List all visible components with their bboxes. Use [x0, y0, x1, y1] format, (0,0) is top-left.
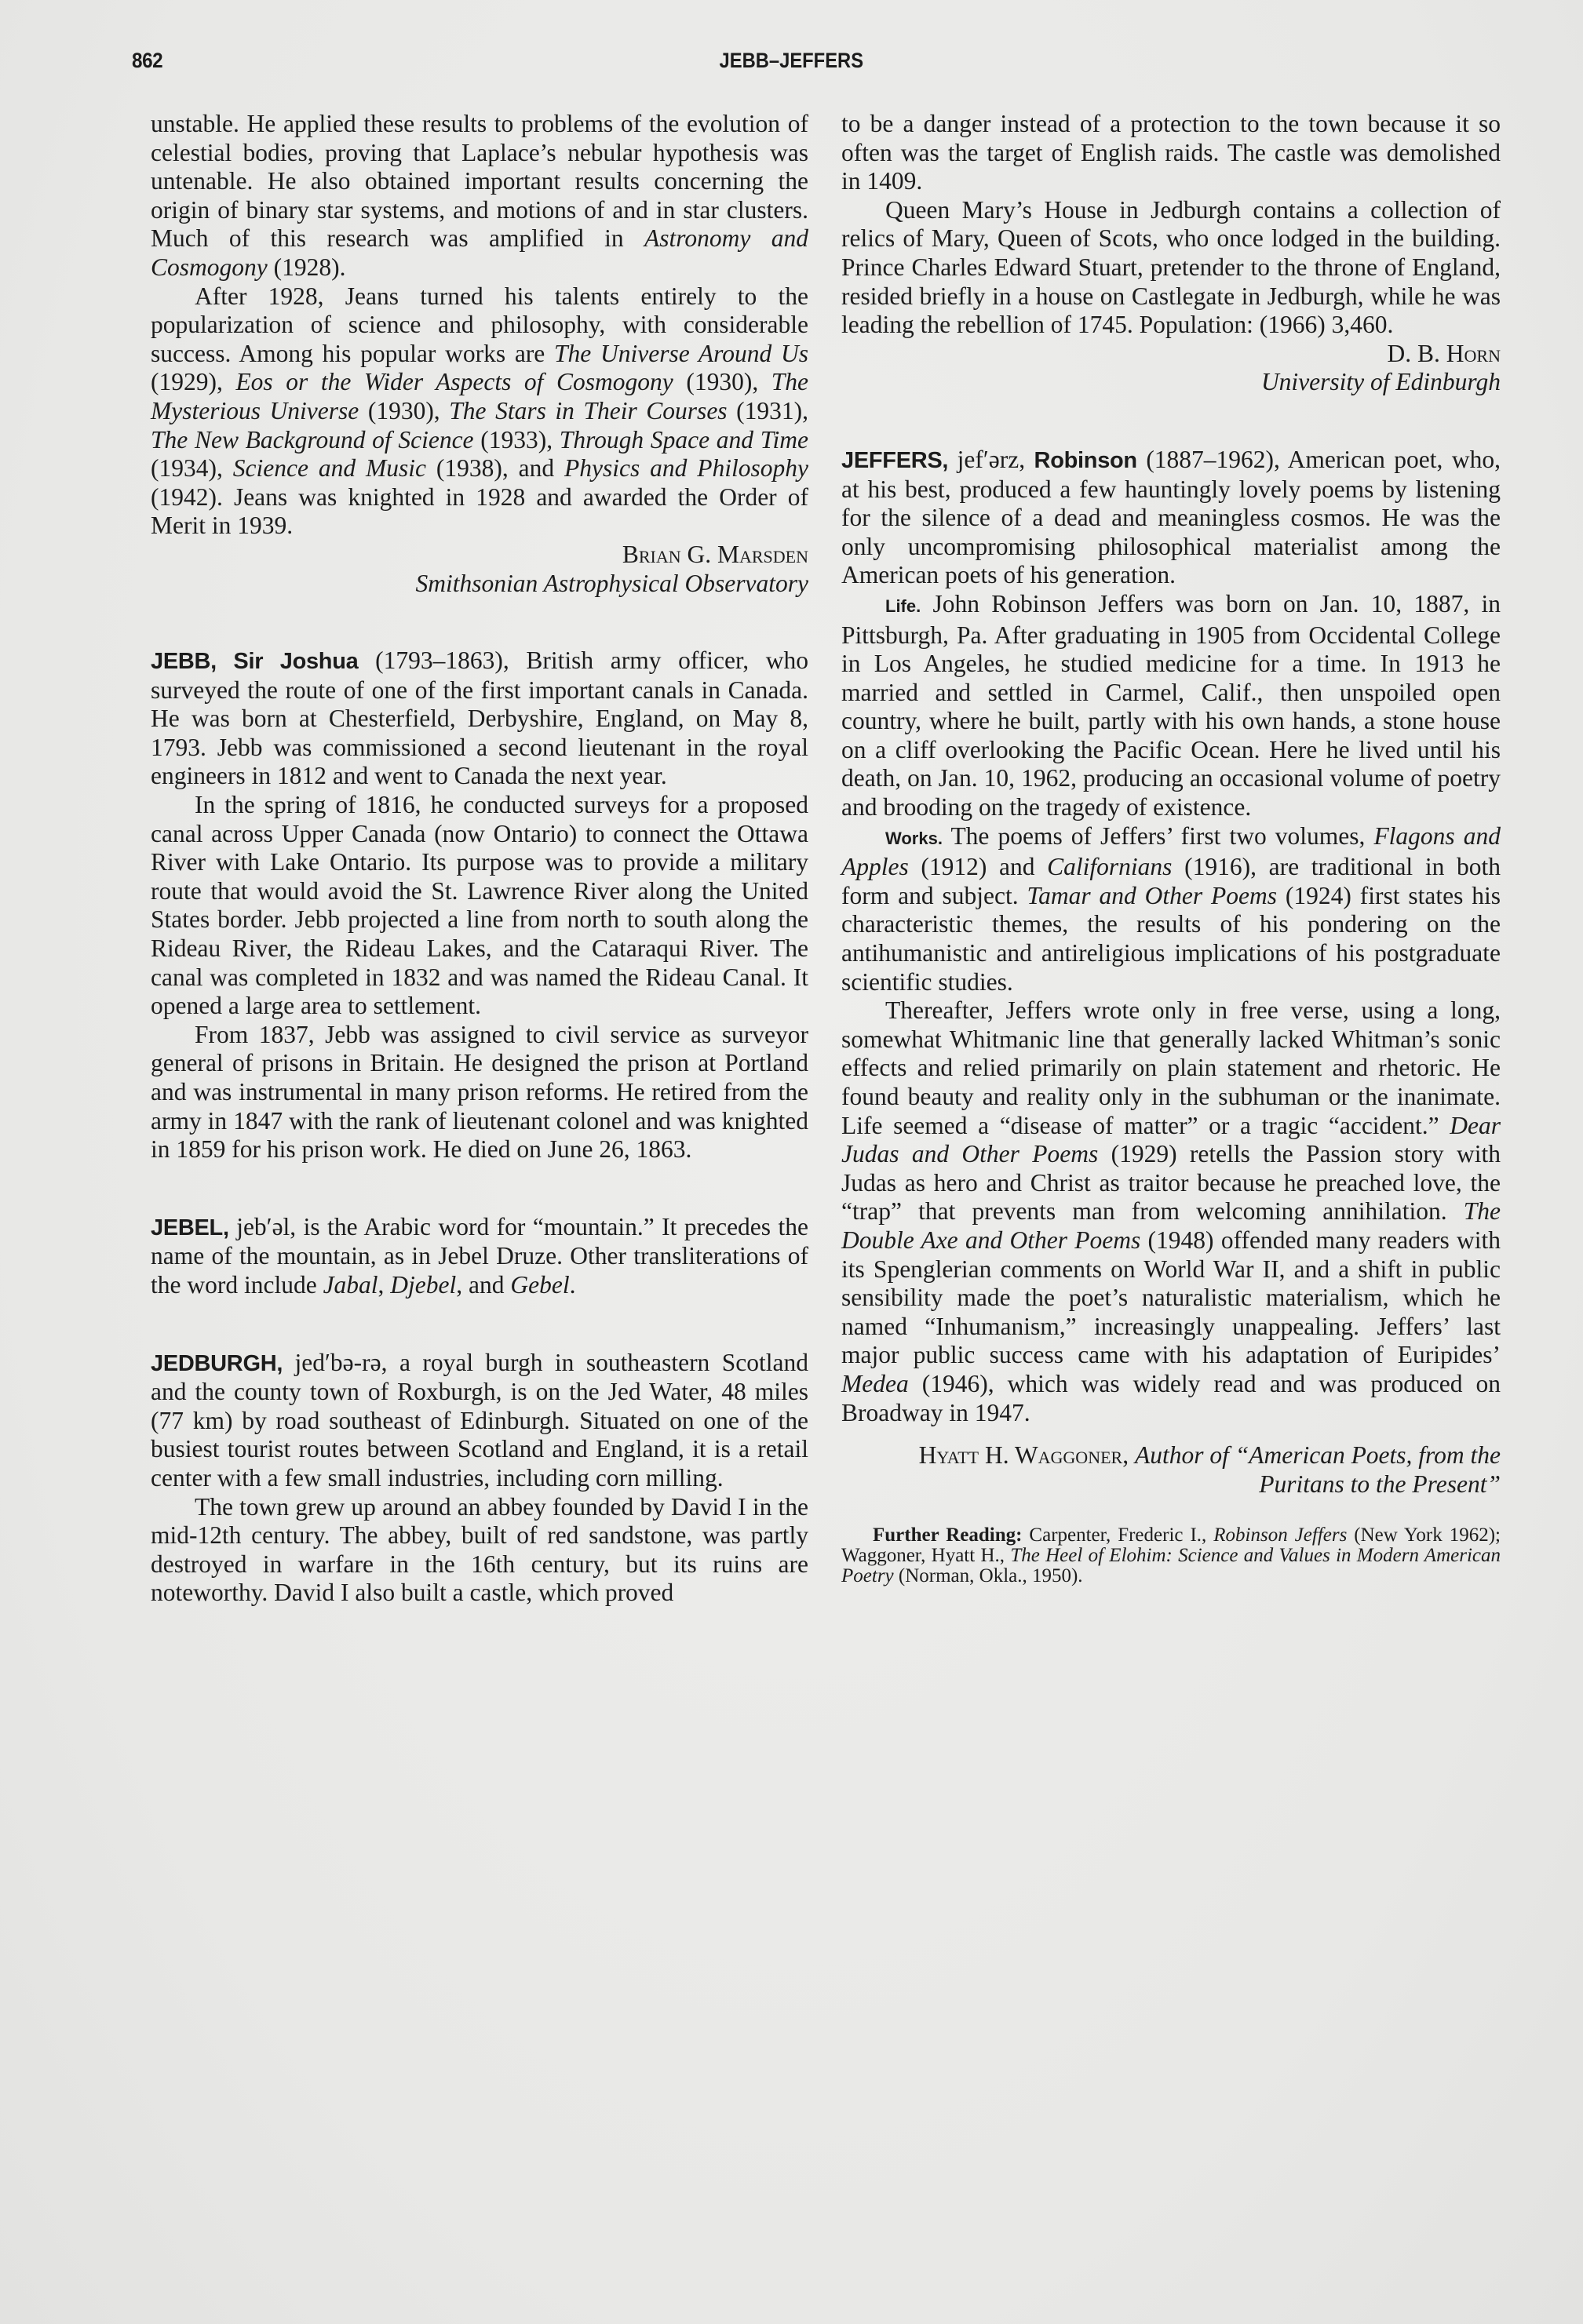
headword-name: Robinson	[1034, 448, 1137, 473]
jebb-paragraph-2: In the spring of 1816, he conducted surv…	[151, 791, 808, 1021]
headword: JEBB, Sir Joshua	[151, 649, 358, 674]
jeffers-life-section: Life. John Robinson Jeffers was born on …	[841, 590, 1501, 822]
further-reading: Further Reading: Carpenter, Frederic I.,…	[841, 1525, 1501, 1586]
author-signature: Hyatt H. Waggoner	[919, 1441, 1123, 1469]
left-column: unstable. He applied these results to pr…	[151, 110, 808, 1608]
book-title: Science and Music	[233, 454, 426, 482]
running-head-text: JEBB–JEFFERS	[720, 49, 864, 73]
jeans-works-paragraph: After 1928, Jeans turned his talents ent…	[151, 282, 808, 541]
book-title: Physics and Philosophy	[564, 454, 808, 482]
running-head: JEBB–JEFFERS	[0, 49, 1583, 73]
book-title: The Stars in Their Courses	[449, 397, 727, 424]
book-title: The New Background of Science	[151, 426, 474, 454]
headword: JEFFERS,	[841, 448, 948, 473]
jedburgh-continuation: to be a danger instead of a protection t…	[841, 110, 1501, 196]
subheading-life: Life.	[885, 596, 921, 616]
jedburgh-paragraph-2: The town grew up around an abbey founded…	[151, 1493, 808, 1608]
subheading-works: Works.	[885, 829, 943, 848]
author-affiliation: Author of “American Poets, from the Puri…	[1135, 1441, 1501, 1498]
jedburgh-paragraph-3: Queen Mary’s House in Jedburgh contains …	[841, 196, 1501, 340]
author-affiliation: University of Edinburgh	[841, 368, 1501, 397]
author-affiliation: Smithsonian Astrophysical Observatory	[151, 570, 808, 599]
further-reading-label: Further Reading:	[873, 1524, 1022, 1546]
jebb-paragraph-3: From 1837, Jebb was assigned to civil se…	[151, 1021, 808, 1164]
headword: JEDBURGH,	[151, 1351, 283, 1376]
entry-jedburgh: JEDBURGH, jed′bə-rə, a royal burgh in so…	[151, 1349, 808, 1493]
right-column: to be a danger instead of a protection t…	[841, 110, 1501, 1586]
book-title: Through Space and Time	[560, 426, 808, 454]
book-title: The Universe Around Us	[554, 340, 808, 367]
jeans-continuation-paragraph: unstable. He applied these results to pr…	[151, 110, 808, 282]
encyclopedia-page: 862 JEBB–JEFFERS unstable. He applied th…	[0, 0, 1583, 2324]
jeffers-works-section: Works. The poems of Jeffers’ first two v…	[841, 822, 1501, 997]
jeffers-thereafter-paragraph: Thereafter, Jeffers wrote only in free v…	[841, 996, 1501, 1427]
author-signature: Brian G. Marsden	[151, 541, 808, 570]
headword: JEBEL,	[151, 1215, 229, 1240]
jeffers-signature: Hyatt H. Waggoner, Author of “American P…	[841, 1441, 1501, 1499]
author-signature: D. B. Horn	[841, 340, 1501, 369]
entry-jeffers: JEFFERS, jef′ərz, Robinson (1887–1962), …	[841, 446, 1501, 590]
entry-jebel: JEBEL, jeb′əl, is the Arabic word for “m…	[151, 1213, 808, 1300]
entry-jebb: JEBB, Sir Joshua (1793–1863), British ar…	[151, 647, 808, 791]
book-title: Eos or the Wider Aspects of Cosmogony	[235, 368, 673, 395]
